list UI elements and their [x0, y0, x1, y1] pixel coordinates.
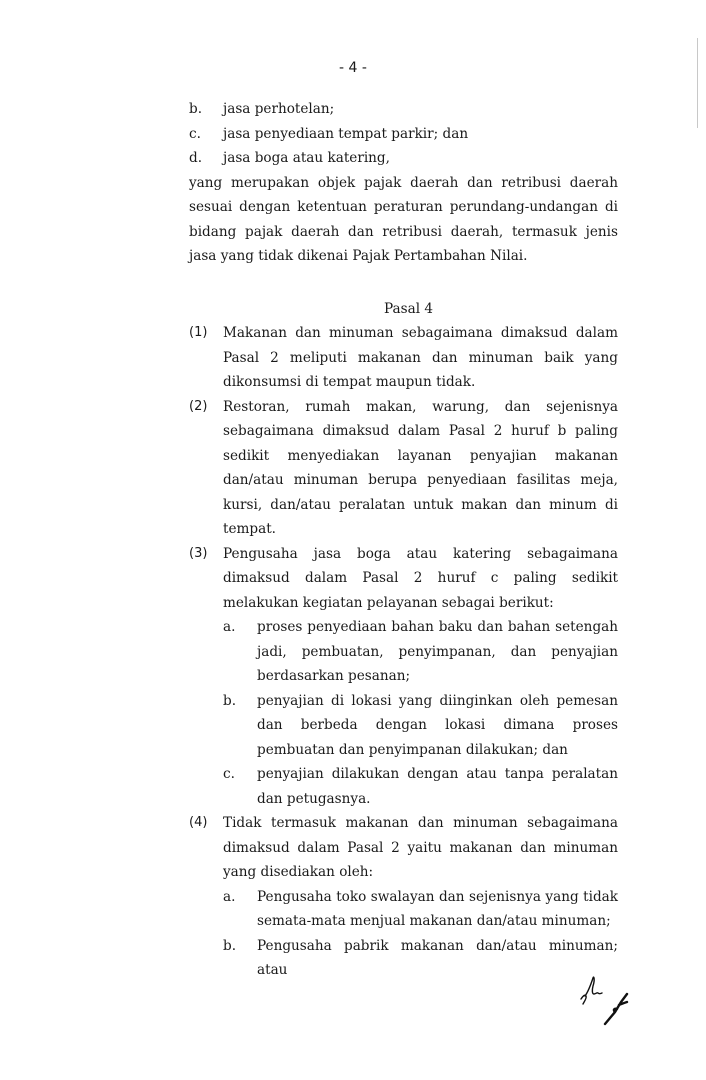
intro-item-text: jasa boga atau katering, [223, 146, 618, 171]
clause-text: Pengusaha jasa boga atau katering sebaga… [223, 542, 618, 616]
item-label: a. [223, 885, 257, 910]
page-number: - 4 - [0, 60, 706, 76]
item-label: c. [223, 762, 257, 787]
article-title: Pasal 4 [189, 297, 618, 322]
item-label: b. [223, 934, 257, 959]
intro-item-d: d. jasa boga atau katering, [189, 146, 618, 171]
clause-3: (3) Pengusaha jasa boga atau katering se… [189, 542, 618, 812]
intro-item-c: c. jasa penyediaan tempat parkir; dan [189, 122, 618, 147]
clause-text: Tidak termasuk makanan dan minuman sebag… [223, 811, 618, 885]
intro-item-text: jasa penyediaan tempat parkir; dan [223, 122, 618, 147]
clause-text: Makanan dan minuman sebagaimana dimaksud… [223, 321, 618, 395]
item-label: b. [223, 689, 257, 714]
clause-label: (4) [189, 811, 223, 836]
intro-item-b: b. jasa perhotelan; [189, 97, 618, 122]
clause-label: (3) [189, 542, 223, 567]
item-label: a. [223, 615, 257, 640]
intro-item-text: jasa perhotelan; [223, 97, 618, 122]
clause-4-item-a: a. Pengusaha toko swalayan dan sejenisny… [223, 885, 618, 934]
clause-3-item-c: c. penyajian dilakukan dengan atau tanpa… [223, 762, 618, 811]
clause-body: Tidak termasuk makanan dan minuman sebag… [223, 811, 618, 983]
document-body: b. jasa perhotelan; c. jasa penyediaan t… [189, 97, 618, 983]
item-text: penyajian di lokasi yang diinginkan oleh… [257, 689, 618, 763]
signature-initials-icon [575, 972, 645, 1032]
item-text: Pengusaha pabrik makanan dan/atau minuma… [257, 934, 618, 983]
intro-paragraph: yang merupakan objek pajak daerah dan re… [189, 171, 618, 269]
intro-item-label: d. [189, 146, 223, 171]
item-text: Pengusaha toko swalayan dan sejenisnya y… [257, 885, 618, 934]
clause-2: (2) Restoran, rumah makan, warung, dan s… [189, 395, 618, 542]
item-text: penyajian dilakukan dengan atau tanpa pe… [257, 762, 618, 811]
intro-list: b. jasa perhotelan; c. jasa penyediaan t… [189, 97, 618, 171]
clause-text: Restoran, rumah makan, warung, dan sejen… [223, 395, 618, 542]
clause-label: (2) [189, 395, 223, 420]
clause-1: (1) Makanan dan minuman sebagaimana dima… [189, 321, 618, 395]
page-edge-line [697, 38, 698, 128]
clause-4-item-b: b. Pengusaha pabrik makanan dan/atau min… [223, 934, 618, 983]
clause-3-item-a: a. proses penyediaan bahan baku dan baha… [223, 615, 618, 689]
clause-body: Pengusaha jasa boga atau katering sebaga… [223, 542, 618, 812]
clause-label: (1) [189, 321, 223, 346]
page-number-text: - 4 - [339, 60, 367, 76]
item-text: proses penyediaan bahan baku dan bahan s… [257, 615, 618, 689]
intro-item-label: c. [189, 122, 223, 147]
clause-4: (4) Tidak termasuk makanan dan minuman s… [189, 811, 618, 983]
intro-item-label: b. [189, 97, 223, 122]
clause-3-item-b: b. penyajian di lokasi yang diinginkan o… [223, 689, 618, 763]
